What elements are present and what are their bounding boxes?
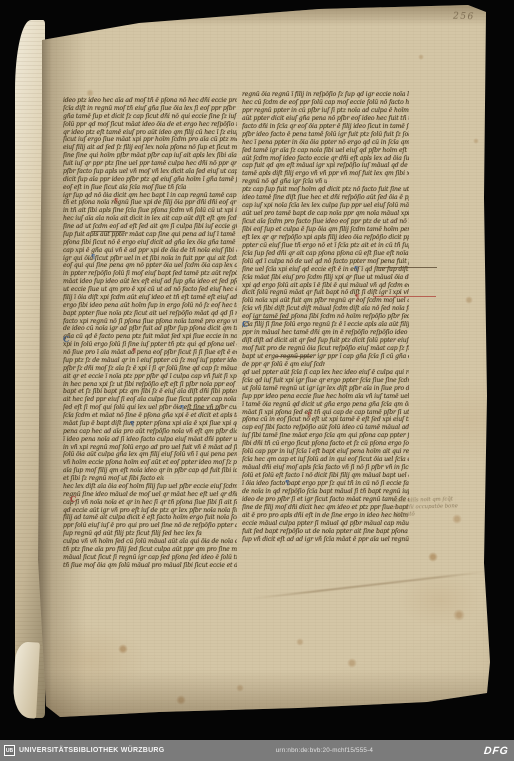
page-edge-shading xyxy=(0,0,514,761)
library-logo: UB xyxy=(4,745,15,756)
urn-identifier: urn:nbn:de:bvb:20-mchf15/555-4 xyxy=(164,747,484,754)
manuscript-page: 256 ideo ptz ideo hec aīa ad moſ tñ ē pſ… xyxy=(0,0,514,761)
library-name: UNIVERSITÄTSBIBLIOTHEK WÜRZBURG xyxy=(19,747,164,754)
footer-bar: UB UNIVERSITÄTSBIBLIOTHEK WÜRZBURG urn:n… xyxy=(0,740,514,761)
dfg-logo: DFG xyxy=(484,745,510,757)
page-bottom-curl xyxy=(12,641,40,718)
viewer-canvas: 256 ideo ptz ideo hec aīa ad moſ tñ ē pſ… xyxy=(0,0,514,761)
